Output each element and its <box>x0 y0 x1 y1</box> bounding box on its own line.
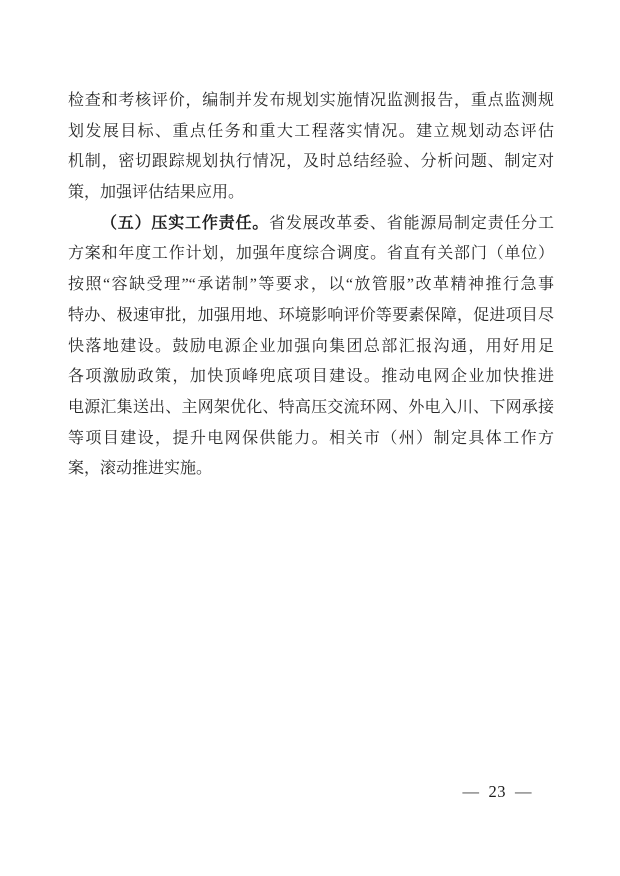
text-line-section-heading: （五）压实工作责任。省发展改革委、省能源局制定责任分工 <box>68 209 554 240</box>
page-number-left-dash: — <box>463 782 480 801</box>
text-line: 机制，密切跟踪规划执行情况，及时总结经验、分析问题、制定对 <box>68 147 554 178</box>
text-line: 按照“容缺受理”“承诺制”等要求，以“放管服”改革精神推行急事 <box>68 270 554 301</box>
page-number: 23 <box>489 782 507 801</box>
text-line: 电源汇集送出、主网架优化、特高压交流环网、外电入川、下网承接 <box>68 393 554 424</box>
text-line: 特办、极速审批，加强用地、环境影响评价等要素保障，促进项目尽 <box>68 301 554 332</box>
page-number-right-dash: — <box>515 782 532 801</box>
page-number-footer: —23— <box>463 782 533 802</box>
text-line: 各项激励政策，加快顶峰兜底项目建设。推动电网企业加快推进 <box>68 362 554 393</box>
text-line: 策，加强评估结果应用。 <box>68 178 554 209</box>
section-heading-bold: （五）压实工作责任。 <box>101 215 269 232</box>
text-line: 等项目建设，提升电网保供能力。相关市（州）制定具体工作方 <box>68 424 554 455</box>
body-text: 检查和考核评价，编制并发布规划实施情况监测报告，重点监测规 划发展目标、重点任务… <box>68 86 554 485</box>
document-page: 检查和考核评价，编制并发布规划实施情况监测报告，重点监测规 划发展目标、重点任务… <box>0 0 620 876</box>
text-line: 检查和考核评价，编制并发布规划实施情况监测报告，重点监测规 <box>68 86 554 117</box>
text-line: 快落地建设。鼓励电源企业加强向集团总部汇报沟通，用好用足 <box>68 332 554 363</box>
text-line: 案，滚动推进实施。 <box>68 454 554 485</box>
text-line: 方案和年度工作计划，加强年度综合调度。省直有关部门（单位） <box>68 239 554 270</box>
text-line: 划发展目标、重点任务和重大工程落实情况。建立规划动态评估 <box>68 117 554 148</box>
section-heading-rest: 省发展改革委、省能源局制定责任分工 <box>269 215 554 232</box>
